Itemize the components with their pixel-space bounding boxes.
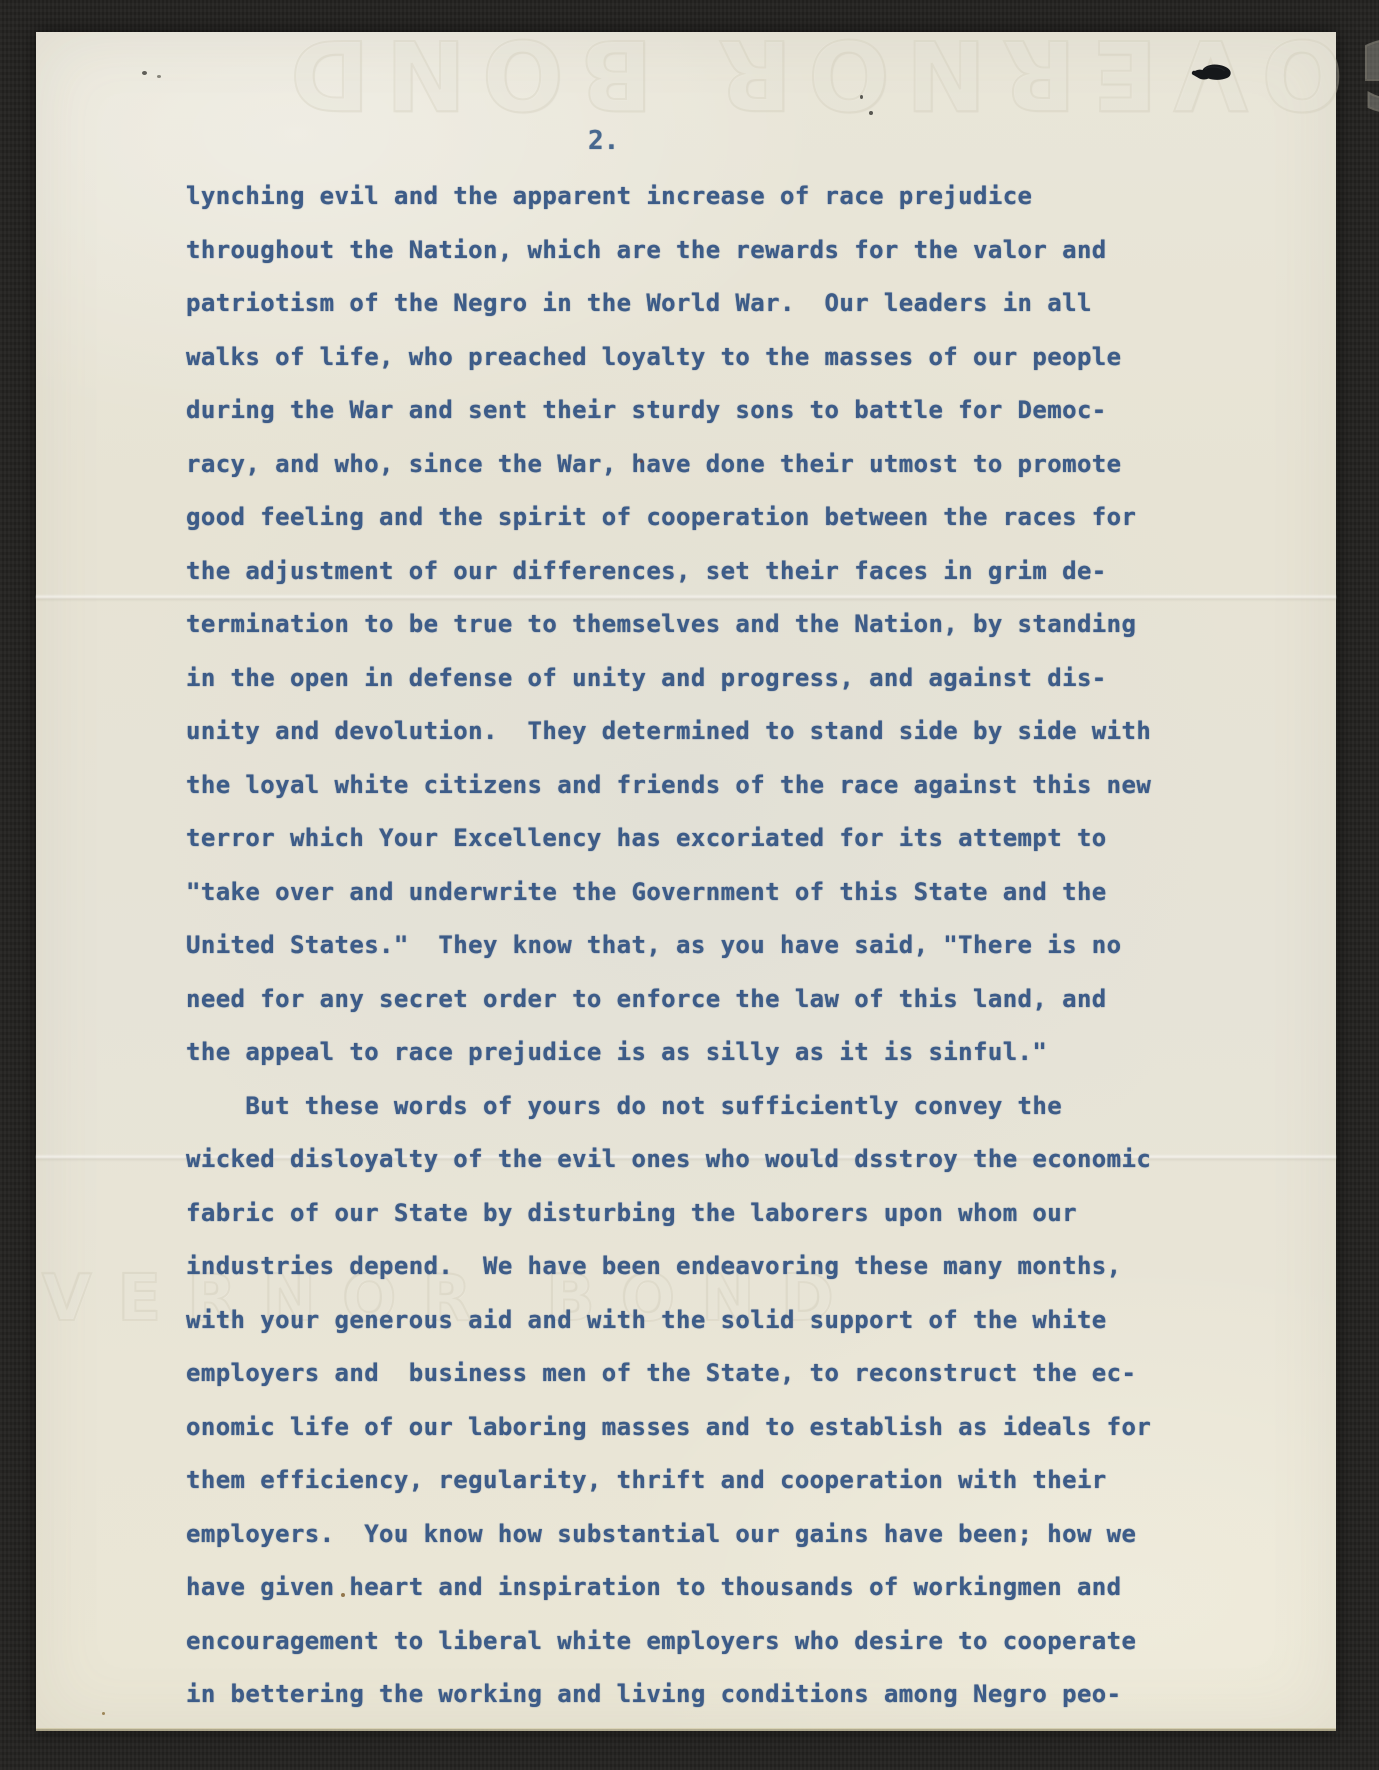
typed-line: the loyal white citizens and friends of … — [186, 759, 1151, 813]
typed-line: "take over and underwrite the Government… — [186, 866, 1151, 920]
page-number: 2. — [588, 126, 619, 156]
scan-background: GOVERNOR BOND VERNOR BOND 2. lynching ev… — [0, 0, 1379, 1770]
ink-speck-icon — [869, 111, 873, 115]
typed-line: walks of life, who preached loyalty to t… — [186, 331, 1151, 385]
typed-line: lynching evil and the apparent increase … — [186, 170, 1151, 224]
typed-line: terror which Your Excellency has excoria… — [186, 812, 1151, 866]
ink-speck-icon — [102, 1712, 105, 1715]
typed-line: onomic life of our laboring masses and t… — [186, 1401, 1151, 1455]
typed-line: in bettering the working and living cond… — [186, 1668, 1151, 1722]
typed-line: have given heart and inspiration to thou… — [186, 1561, 1151, 1615]
letter-page: GOVERNOR BOND VERNOR BOND 2. lynching ev… — [36, 32, 1336, 1729]
typed-line: the adjustment of our differences, set t… — [186, 545, 1151, 599]
ink-speck-icon — [640, 460, 643, 463]
typed-line: patriotism of the Negro in the World War… — [186, 277, 1151, 331]
typed-line: racy, and who, since the War, have done … — [186, 438, 1151, 492]
typed-line: throughout the Nation, which are the rew… — [186, 224, 1151, 278]
typed-line: them efficiency, regularity, thrift and … — [186, 1454, 1151, 1508]
typed-line: But these words of yours do not sufficie… — [186, 1080, 1151, 1134]
typed-line: good feeling and the spirit of cooperati… — [186, 491, 1151, 545]
typed-line: during the War and sent their sturdy son… — [186, 384, 1151, 438]
typed-line: unity and devolution. They determined to… — [186, 705, 1151, 759]
ink-speck-icon — [860, 95, 863, 99]
typed-line: termination to be true to themselves and… — [186, 598, 1151, 652]
typed-line: with your generous aid and with the soli… — [186, 1294, 1151, 1348]
ink-speck-icon — [341, 1593, 345, 1597]
typed-line: employers. You know how substantial our … — [186, 1508, 1151, 1562]
typed-line: employers and business men of the State,… — [186, 1347, 1151, 1401]
typed-line: encouragement to liberal white employers… — [186, 1615, 1151, 1669]
typed-line: industries depend. We have been endeavor… — [186, 1240, 1151, 1294]
typed-line: in the open in defense of unity and prog… — [186, 652, 1151, 706]
typed-line: United States." They know that, as you h… — [186, 919, 1151, 973]
ink-speck-icon — [157, 75, 161, 78]
typed-line: the appeal to race prejudice is as silly… — [186, 1026, 1151, 1080]
typed-line: need for any secret order to enforce the… — [186, 973, 1151, 1027]
ink-blot-icon — [1191, 61, 1237, 85]
typed-line: wicked disloyalty of the evil ones who w… — [186, 1133, 1151, 1187]
ink-speck-icon — [142, 71, 147, 75]
typed-line: fabric of our State by disturbing the la… — [186, 1187, 1151, 1241]
typed-letter-body: lynching evil and the apparent increase … — [186, 170, 1151, 1722]
